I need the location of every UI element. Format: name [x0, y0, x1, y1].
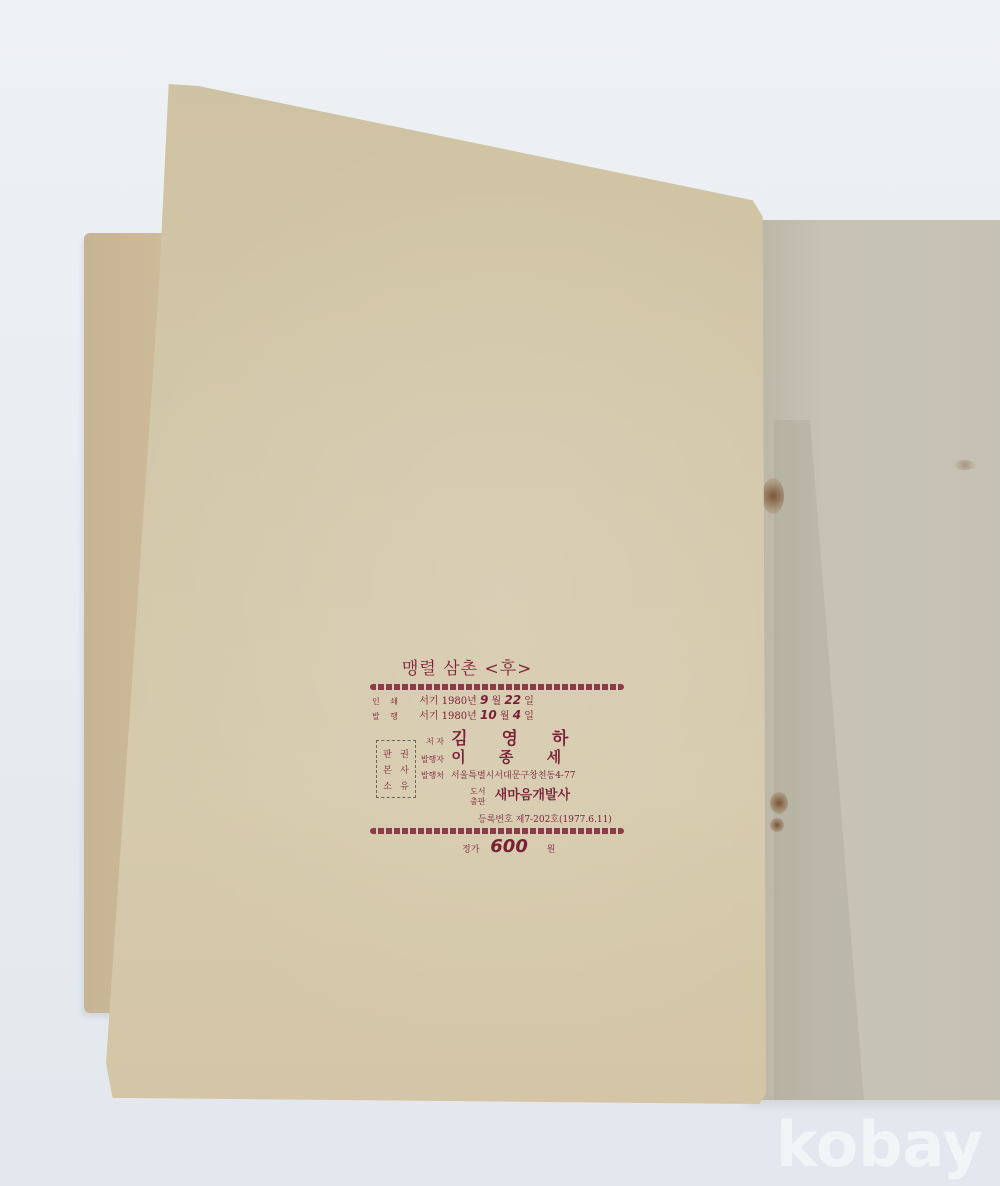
publish-label: 발 행 — [372, 711, 416, 722]
print-month: 9 — [480, 693, 488, 707]
price-label: 정가 — [462, 845, 479, 855]
publish-month: 10 — [480, 708, 497, 722]
address-label: 발행처 — [404, 770, 444, 781]
address-value: 서울특별시서대문구창천동4-77 — [451, 771, 576, 781]
company-label-bottom: 출판 — [470, 797, 485, 806]
rust-stain — [770, 818, 784, 832]
colophon-block: 맹렬 삼촌 <후> 인 쇄 서기 1980년 9 월 22 일 발 행 서기 1… — [366, 654, 636, 864]
print-day: 22 — [504, 693, 521, 707]
publish-year: 서기 1980년 — [419, 711, 477, 722]
company-label-top: 도서 — [470, 787, 485, 796]
registration-row: 등록번호 제7-202호(1977.6.11) — [478, 812, 612, 825]
publish-day: 4 — [513, 708, 521, 722]
colophon-page — [106, 84, 766, 1104]
print-date-row: 인 쇄 서기 1980년 9 월 22 일 — [372, 692, 534, 707]
company-row: 도서 출판 새마음개발사 — [470, 784, 570, 807]
month-unit: 월 — [492, 696, 502, 707]
right-page — [744, 220, 1000, 1100]
day-unit: 일 — [524, 711, 534, 722]
publisher-name: 이 종 세 — [451, 748, 575, 766]
page-tear-shadow — [774, 420, 864, 1100]
registration-label: 등록번호 — [478, 815, 513, 825]
registration-value: 제7-202호(1977.6.11) — [516, 815, 612, 825]
rust-stain — [762, 478, 784, 514]
rust-stain — [770, 792, 788, 814]
wavy-divider — [370, 828, 624, 834]
spot-stain — [954, 460, 976, 470]
price-unit: 원 — [547, 845, 556, 855]
book-title: 맹렬 삼촌 <후> — [402, 654, 532, 679]
month-unit: 월 — [500, 711, 510, 722]
photo-scene: 맹렬 삼촌 <후> 인 쇄 서기 1980년 9 월 22 일 발 행 서기 1… — [0, 0, 1000, 1186]
wavy-divider — [370, 684, 624, 690]
company-label: 도서 출판 — [470, 787, 485, 807]
address-row: 발행처 서울특별시서대문구창천동4-77 — [404, 768, 575, 781]
stamp-char: 본 — [379, 763, 396, 776]
publisher-row: 발행자 이 종 세 — [404, 746, 575, 767]
company-name: 새마음개발사 — [495, 788, 570, 803]
stamp-char: 소 — [379, 779, 396, 792]
stamp-char: 권 — [396, 747, 413, 760]
price-amount: 600 — [490, 836, 528, 857]
kobay-watermark: kobay — [776, 1108, 983, 1181]
price-row: 정가 600 원 — [462, 836, 555, 857]
publish-date-row: 발 행 서기 1980년 10 월 4 일 — [372, 707, 534, 722]
day-unit: 일 — [524, 696, 534, 707]
print-label: 인 쇄 — [372, 696, 416, 707]
print-year: 서기 1980년 — [419, 696, 477, 707]
stamp-char: 판 — [379, 747, 396, 760]
